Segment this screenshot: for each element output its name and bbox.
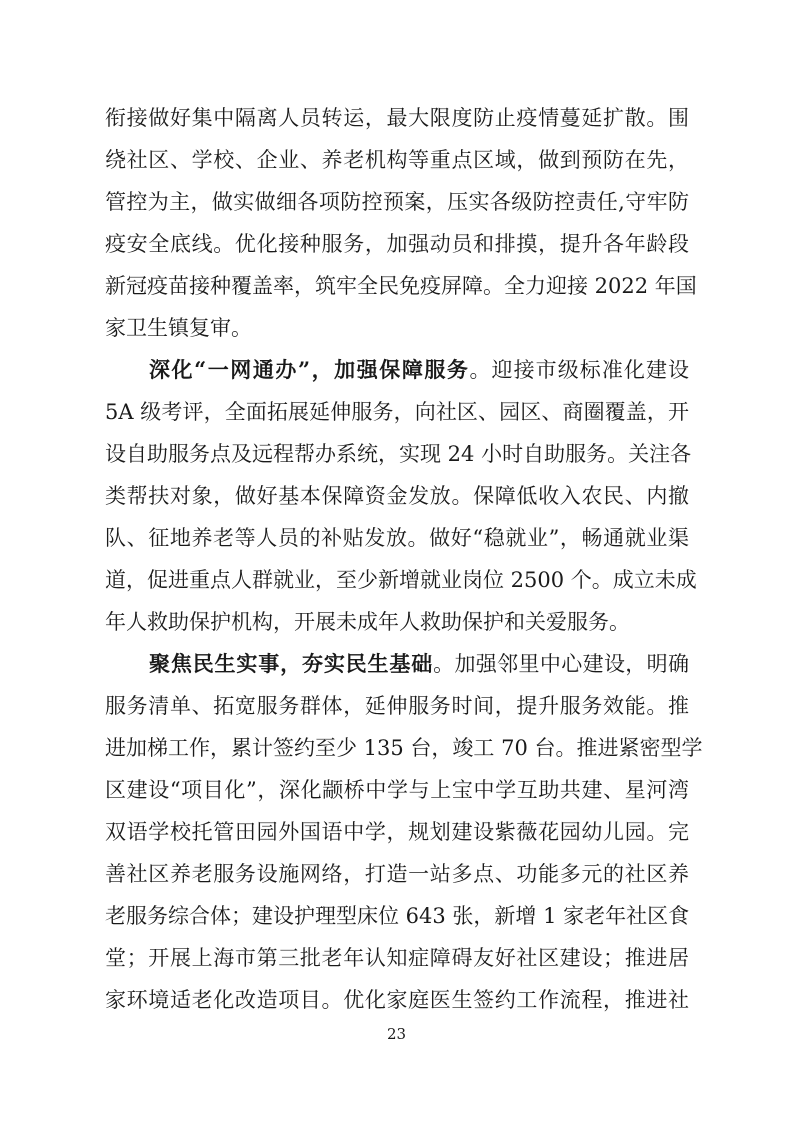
text-line: 堂；开展上海市第三批老年认知症障碍友好社区建设；推进居: [105, 937, 689, 979]
line-text: 道，促进重点人群就业，至少新增就业岗位 2500 个。成立未成: [105, 568, 697, 592]
text-line: 疫安全底线。优化接种服务，加强动员和排摸，提升各年龄段: [105, 223, 689, 265]
line-text: 。迎接市级标准化建设: [470, 358, 690, 382]
text-line: 绕社区、学校、企业、养老机构等重点区域，做到预防在先，: [105, 139, 689, 181]
text-line: 家卫生镇复审。: [105, 307, 689, 349]
line-text: 疫安全底线。优化接种服务，加强动员和排摸，提升各年龄段: [105, 232, 689, 256]
line-text: 新冠疫苗接种覆盖率，筑牢全民免疫屏障。全力迎接 2022 年国: [105, 274, 697, 298]
text-line: 类帮扶对象，做好基本保障资金发放。保障低收入农民、内撤: [105, 475, 689, 517]
text-line: 5A 级考评，全面拓展延伸服务，向社区、园区、商圈覆盖，开: [105, 391, 689, 433]
text-line: 新冠疫苗接种覆盖率，筑牢全民免疫屏障。全力迎接 2022 年国: [105, 265, 689, 307]
text-line: 深化“一网通办”，加强保障服务。迎接市级标准化建设: [105, 349, 689, 391]
line-text: 善社区养老服务设施网络，打造一站多点、功能多元的社区养: [105, 862, 689, 886]
line-text: 双语学校托管田园外国语中学，规划建设紫薇花园幼儿园。完: [105, 820, 689, 844]
line-text: 进加梯工作，累计签约至少 135 台，竣工 70 台。推进紧密型学: [105, 736, 703, 760]
text-line: 善社区养老服务设施网络，打造一站多点、功能多元的社区养: [105, 853, 689, 895]
text-line: 道，促进重点人群就业，至少新增就业岗位 2500 个。成立未成: [105, 559, 689, 601]
text-line: 双语学校托管田园外国语中学，规划建设紫薇花园幼儿园。完: [105, 811, 689, 853]
line-text: 衔接做好集中隔离人员转运，最大限度防止疫情蔓延扩散。围: [105, 106, 689, 130]
text-line: 衔接做好集中隔离人员转运，最大限度防止疫情蔓延扩散。围: [105, 97, 689, 139]
line-text: 5A 级考评，全面拓展延伸服务，向社区、园区、商圈覆盖，开: [105, 400, 689, 424]
paragraph-lead-bold: 聚焦民生实事，夯实民生基础: [149, 651, 433, 676]
page-footer: 23: [0, 1024, 793, 1043]
text-line: 管控为主，做实做细各项防控预案，压实各级防控责任,守牢防: [105, 181, 689, 223]
text-line: 进加梯工作，累计签约至少 135 台，竣工 70 台。推进紧密型学: [105, 727, 689, 769]
text-line: 聚焦民生实事，夯实民生基础。加强邻里中心建设，明确: [105, 643, 689, 685]
line-text: 家卫生镇复审。: [105, 316, 252, 340]
line-text: 类帮扶对象，做好基本保障资金发放。保障低收入农民、内撤: [105, 484, 689, 508]
text-line: 服务清单、拓宽服务群体，延伸服务时间，提升服务效能。推: [105, 685, 689, 727]
line-text: 老服务综合体；建设护理型床位 643 张，新增 1 家老年社区食: [105, 904, 689, 928]
document-body: 衔接做好集中隔离人员转运，最大限度防止疫情蔓延扩散。围绕社区、学校、企业、养老机…: [105, 97, 689, 1021]
line-text: 。加强邻里中心建设，明确: [433, 652, 689, 676]
text-line: 设自助服务点及远程帮办系统，实现 24 小时自助服务。关注各: [105, 433, 689, 475]
page-number: 23: [387, 1025, 406, 1043]
line-text: 服务清单、拓宽服务群体，延伸服务时间，提升服务效能。推: [105, 694, 689, 718]
text-line: 家环境适老化改造项目。优化家庭医生签约工作流程，推进社: [105, 979, 689, 1021]
document-page: 衔接做好集中隔离人员转运，最大限度防止疫情蔓延扩散。围绕社区、学校、企业、养老机…: [0, 0, 793, 1122]
line-text: 队、征地养老等人员的补贴发放。做好“稳就业”，畅通就业渠: [105, 526, 689, 550]
line-text: 家环境适老化改造项目。优化家庭医生签约工作流程，推进社: [105, 988, 689, 1012]
line-text: 管控为主，做实做细各项防控预案，压实各级防控责任,守牢防: [105, 190, 689, 214]
line-text: 区建设“项目化”，深化颛桥中学与上宝中学互助共建、星河湾: [105, 778, 689, 802]
text-line: 老服务综合体；建设护理型床位 643 张，新增 1 家老年社区食: [105, 895, 689, 937]
line-text: 设自助服务点及远程帮办系统，实现 24 小时自助服务。关注各: [105, 442, 691, 466]
line-text: 绕社区、学校、企业、养老机构等重点区域，做到预防在先，: [105, 148, 689, 172]
text-line: 队、征地养老等人员的补贴发放。做好“稳就业”，畅通就业渠: [105, 517, 689, 559]
text-line: 区建设“项目化”，深化颛桥中学与上宝中学互助共建、星河湾: [105, 769, 689, 811]
text-line: 年人救助保护机构，开展未成年人救助保护和关爱服务。: [105, 601, 689, 643]
paragraph-lead-bold: 深化“一网通办”，加强保障服务: [149, 357, 470, 382]
line-text: 堂；开展上海市第三批老年认知症障碍友好社区建设；推进居: [105, 946, 689, 970]
line-text: 年人救助保护机构，开展未成年人救助保护和关爱服务。: [105, 610, 630, 634]
